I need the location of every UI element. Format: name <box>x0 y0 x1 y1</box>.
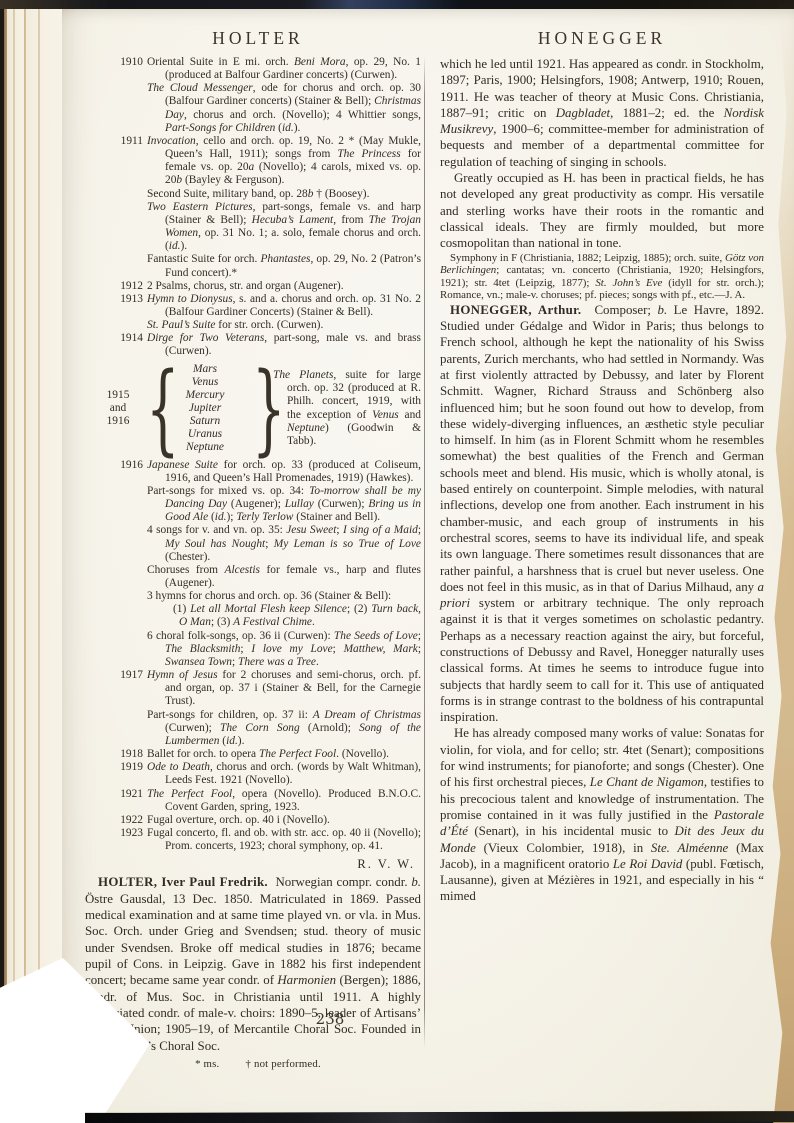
footnote-ms: * ms. <box>195 1058 219 1070</box>
work-text: Fantastic Suite for orch. Phantastes, op… <box>147 253 421 278</box>
work-text: Oriental Suite in E mi. orch. Beni Mora,… <box>147 56 421 81</box>
work-item: 3 hymns for chorus and orch. op. 36 (Sta… <box>95 590 421 603</box>
work-item: 1910 Oriental Suite in E mi. orch. Beni … <box>95 56 421 82</box>
work-item: Part-songs for children, op. 37 ii: A Dr… <box>95 709 421 748</box>
work-text: The Perfect Fool, opera (Novello). Produ… <box>147 788 421 813</box>
work-text: Invocation, cello and orch. op. 19, No. … <box>147 135 421 186</box>
work-text: Part-songs for mixed vs. op. 34: To-morr… <box>147 485 421 523</box>
work-text: Choruses from Alcestis for female vs., h… <box>147 564 421 589</box>
work-item: Part-songs for mixed vs. op. 34: To-morr… <box>95 485 421 524</box>
work-item: 1919 Ode to Death, chorus and orch. (wor… <box>95 761 421 787</box>
work-year: 1910 <box>103 56 143 69</box>
work-year: 1918 <box>103 748 143 761</box>
planets-year: 1915 <box>95 389 141 402</box>
right-brace: } <box>252 360 264 458</box>
work-item: (1) Let all Mortal Flesh keep Silence; (… <box>95 603 421 629</box>
work-item: 1923 Fugal concerto, fl. and ob. with st… <box>95 827 421 853</box>
work-text: 3 hymns for chorus and orch. op. 36 (Sta… <box>147 590 391 602</box>
works-list-before: 1910 Oriental Suite in E mi. orch. Beni … <box>95 56 421 359</box>
work-item: 1921 The Perfect Fool, opera (Novello). … <box>95 788 421 814</box>
photo-top-edge <box>0 0 794 9</box>
work-text: 2 Psalms, chorus, str. and organ (Augene… <box>147 280 344 292</box>
work-text: (1) Let all Mortal Flesh keep Silence; (… <box>173 603 421 628</box>
running-head-right: HONEGGER <box>440 28 764 49</box>
work-year: 1912 <box>103 280 143 293</box>
author-signature: R. V. W. <box>95 857 421 872</box>
running-head-left: HOLTER <box>95 28 421 49</box>
work-item: 6 choral folk-songs, op. 36 ii (Curwen):… <box>95 630 421 669</box>
work-year: 1919 <box>103 761 143 774</box>
left-brace: { <box>146 360 158 458</box>
work-text: Fugal concerto, fl. and ob. with str. ac… <box>147 827 421 852</box>
work-item: 1911 Invocation, cello and orch. op. 19,… <box>95 135 421 188</box>
page-edge-stack <box>0 2 62 1123</box>
left-column: 1910 Oriental Suite in E mi. orch. Beni … <box>95 56 421 1070</box>
work-text: Ballet for orch. to opera The Perfect Fo… <box>147 748 389 760</box>
work-item: 4 songs for v. and vn. op. 35: Jesu Swee… <box>95 524 421 563</box>
work-item: St. Paul’s Suite for str. orch. (Curwen)… <box>95 319 421 332</box>
scanned-book-page: HOLTER HONEGGER 1910 Oriental Suite in E… <box>0 0 794 1123</box>
work-item: 1916 Japanese Suite for orch. op. 33 (pr… <box>95 459 421 485</box>
photo-bottom-edge <box>85 1111 794 1123</box>
work-text: Hymn to Dionysus, s. and a. chorus and o… <box>147 293 421 318</box>
planets-year: 1916 <box>95 415 141 428</box>
work-text: Japanese Suite for orch. op. 33 (produce… <box>147 459 421 484</box>
footnote-not-performed: † not performed. <box>245 1058 320 1070</box>
work-year: 1914 <box>103 332 143 345</box>
planets-block: 1915and1916 { MarsVenusMercuryJupiterSat… <box>95 361 421 457</box>
works-list-after: 1916 Japanese Suite for orch. op. 33 (pr… <box>95 459 421 854</box>
work-year: 1922 <box>103 814 143 827</box>
footnote: * ms.† not performed. <box>95 1058 421 1070</box>
work-year: 1913 <box>103 293 143 306</box>
paragraph: He has already composed many works of va… <box>440 725 764 904</box>
planets-description: The Planets, suite for large orch. op. 3… <box>269 369 421 448</box>
work-text: Ode to Death, chorus and orch. (words by… <box>147 761 421 786</box>
paragraph: Greatly occupied as H. has been in pract… <box>440 170 764 251</box>
work-item: 1922 Fugal overture, orch. op. 40 i (Nov… <box>95 814 421 827</box>
work-item: Choruses from Alcestis for female vs., h… <box>95 564 421 590</box>
work-year: 1916 <box>103 459 143 472</box>
work-text: Second Suite, military band, op. 28b † (… <box>147 188 369 200</box>
work-text: Part-songs for children, op. 37 ii: A Dr… <box>147 709 421 747</box>
work-year: 1923 <box>103 827 143 840</box>
work-text: 4 songs for v. and vn. op. 35: Jesu Swee… <box>147 524 421 562</box>
right-column: which he led until 1921. Has appeared as… <box>440 56 764 905</box>
paragraph: which he led until 1921. Has appeared as… <box>440 56 764 170</box>
work-text: St. Paul’s Suite for str. orch. (Curwen)… <box>147 319 323 331</box>
work-item: The Cloud Messenger, ode for chorus and … <box>95 82 421 135</box>
work-text: 6 choral folk-songs, op. 36 ii (Curwen):… <box>147 630 421 668</box>
work-item: 1913 Hymn to Dionysus, s. and a. chorus … <box>95 293 421 319</box>
paragraph: Symphony in F (Christiania, 1882; Leipzi… <box>440 252 764 302</box>
column-rule <box>424 56 425 1048</box>
work-year: 1921 <box>103 788 143 801</box>
planets-years: 1915and1916 <box>95 389 141 428</box>
paragraph: HONEGGER, Arthur. Composer; b. Le Havre,… <box>440 302 764 726</box>
work-item: 1917 Hymn of Jesus for 2 choruses and se… <box>95 669 421 708</box>
work-text: Hymn of Jesus for 2 choruses and semi-ch… <box>147 669 421 707</box>
work-item: Second Suite, military band, op. 28b † (… <box>95 188 421 201</box>
work-year: 1917 <box>103 669 143 682</box>
work-item: Fantastic Suite for orch. Phantastes, op… <box>95 253 421 279</box>
page-number: 238 <box>240 1010 420 1028</box>
work-item: Two Eastern Pictures, part-songs, female… <box>95 201 421 254</box>
work-year: 1911 <box>103 135 143 148</box>
work-item: 1912 2 Psalms, chorus, str. and organ (A… <box>95 280 421 293</box>
work-item: 1918 Ballet for orch. to opera The Perfe… <box>95 748 421 761</box>
work-text: The Cloud Messenger, ode for chorus and … <box>147 82 421 133</box>
work-text: Two Eastern Pictures, part-songs, female… <box>147 201 421 252</box>
planets-year: and <box>95 402 141 415</box>
work-text: Fugal overture, orch. op. 40 i (Novello)… <box>147 814 330 826</box>
